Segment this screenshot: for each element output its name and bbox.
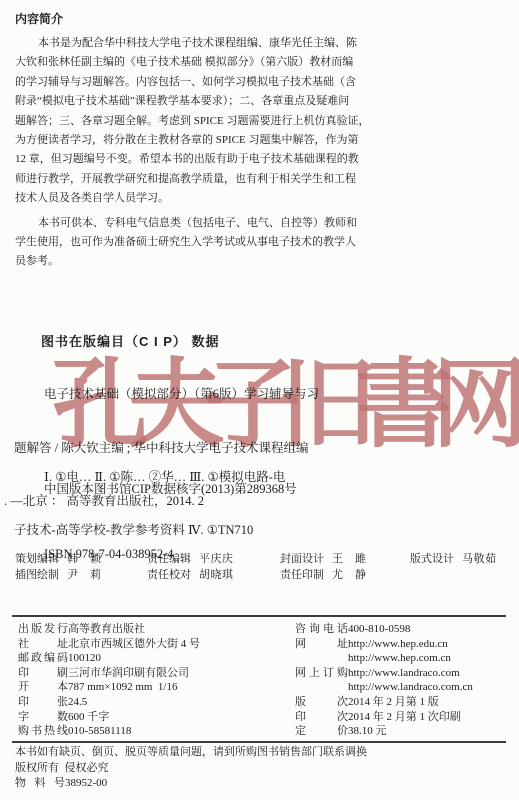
colophon-row: 网上订购http://www.landraco.com	[295, 666, 473, 681]
intro-line: 学生使用，也可作为准备硕士研究生入学考试或从事电子技术的教学人	[15, 233, 367, 252]
credit-role: 版式设计	[410, 550, 454, 566]
copyright-notice: 版权所有 侵权必究	[15, 761, 367, 777]
colophon-value: http://www.hep.com.cn	[348, 651, 451, 666]
colophon-label: 印刷	[18, 666, 68, 681]
intro-line: 为方便读者学习，将分散在主教材各章的 SPICE 习题集中解答，作为第	[15, 131, 367, 150]
credit-cell: 责任印制 尤静	[280, 566, 366, 582]
colophon-value: http://www.landraco.com.cn	[348, 680, 473, 695]
colophon-value: http://www.landraco.com	[348, 666, 460, 681]
credit-role: 封面设计	[280, 550, 324, 566]
colophon-row: http://www.hep.com.cn	[295, 651, 473, 666]
credit-role: 责任印制	[280, 566, 324, 582]
staff-credits: 策划编辑 韩颖 责任编辑 平庆庆 封面设计 王雎 版式设计 马敬茹 插图绘制 尹…	[0, 549, 519, 583]
colophon-label: 社址	[18, 637, 68, 652]
intro-line: 大钦和张林任副主编的《电子技术基础 模拟部分》（第六版）教材而编	[15, 53, 367, 72]
colophon-label: 咨询电话	[295, 622, 348, 637]
intro-line: 题解答；三、各章习题全解。考虑到 SPICE 习题需要进行上机仿真验证，	[15, 112, 367, 131]
colophon-row: 邮政编码100120	[18, 651, 200, 666]
colophon-label: 开本	[18, 680, 68, 695]
colophon-row: 版次2014 年 2 月第 1 版	[295, 695, 473, 710]
credit-cell: 责任校对 胡晓琪	[147, 566, 233, 582]
credit-cell: 插图绘制 尹莉	[15, 566, 101, 582]
colophon-row: http://www.landraco.com.cn	[295, 680, 473, 695]
cip-registry-number: 中国版本图书馆CIP数据核字(2013)第289368号	[44, 479, 297, 497]
credit-name: 尤静	[332, 566, 366, 582]
colophon-label: 定价	[295, 724, 348, 739]
colophon-row: 印刷三河市华润印刷有限公司	[18, 666, 200, 681]
colophon-label: 印次	[295, 710, 348, 725]
credit-name: 王雎	[332, 550, 366, 566]
intro-line: 本书可供本、专科电气信息类（包括电子、电气、自控等）教师和	[15, 214, 367, 233]
quality-notice: 本书如有缺页、倒页、脱页等质量问题，请到所购图书销售部门联系调换	[15, 745, 367, 761]
colophon-label: 网上订购	[295, 666, 348, 681]
colophon-row: 网址http://www.hep.edu.cn	[295, 637, 473, 652]
credit-role: 责任编辑	[147, 550, 191, 566]
colophon-row: 出版发行高等教育出版社	[18, 622, 200, 637]
credit-role: 插图绘制	[15, 566, 59, 582]
colophon-value: 三河市华润印刷有限公司	[68, 666, 189, 681]
footer-section: 本书如有缺页、倒页、脱页等质量问题，请到所购图书销售部门联系调换 版权所有 侵权…	[15, 745, 367, 792]
colophon-label	[295, 680, 348, 695]
credit-name: 韩颖	[67, 550, 101, 566]
colophon-value: 北京市西城区德外大街 4 号	[68, 637, 200, 652]
colophon-label: 网址	[295, 637, 348, 652]
book-copyright-page: 孔夫子旧書网 内容简介 本书是为配合华中科技大学电子技术课程组编、康华光任主编、…	[0, 0, 519, 800]
intro-line: 12 章，但习题编号不变。希望本书的出版有助于电子技术基础课程的教	[15, 150, 367, 169]
colophon-value: 38.10 元	[348, 724, 387, 739]
colophon-row: 咨询电话400-810-0598	[295, 622, 473, 637]
credit-role: 策划编辑	[15, 550, 59, 566]
colophon-row: 社址北京市西城区德外大街 4 号	[18, 637, 200, 652]
colophon-label	[295, 651, 348, 666]
cip-heading: 图书在版编目（C I P） 数据	[41, 331, 220, 350]
colophon-right-column: 咨询电话400-810-0598 网址http://www.hep.edu.cn…	[295, 622, 473, 739]
intro-line: 师进行教学，开展教学研究和提高教学质量，也有利于相关学生和工程	[15, 170, 367, 189]
colophon-value: 2014 年 2 月第 1 版	[348, 695, 439, 710]
colophon-row: 定价38.10 元	[295, 724, 473, 739]
intro-line: 本书是为配合华中科技大学电子技术课程组编、康华光任主编、陈	[15, 34, 367, 53]
divider-rule-top	[12, 615, 506, 617]
credit-cell: 策划编辑 韩颖	[15, 550, 101, 566]
colophon-label: 购书热线	[18, 724, 68, 739]
colophon-row: 字数600 千字	[18, 710, 200, 725]
credit-name: 胡晓琪	[199, 566, 233, 582]
material-number-row: 物料号 38952-00	[15, 776, 367, 792]
material-number-label: 物料号	[15, 776, 65, 792]
credit-name: 马敬茹	[462, 550, 496, 566]
colophon-row: 购书热线010-58581118	[18, 724, 200, 739]
content-summary-section: 内容简介 本书是为配合华中科技大学电子技术课程组编、康华光任主编、陈 大钦和张林…	[15, 10, 367, 272]
colophon-value: 高等教育出版社	[68, 622, 145, 637]
colophon-value: 2014 年 2 月第 1 次印刷	[348, 710, 461, 725]
intro-line: 员参考。	[15, 252, 367, 271]
cip-class-line: 子技术-高等学校-教学参考资料 Ⅳ. ①TN710	[14, 522, 285, 540]
material-number: 38952-00	[65, 776, 107, 792]
credit-cell: 封面设计 王雎	[280, 550, 366, 566]
colophon-value: 787 mm×1092 mm 1/16	[68, 680, 177, 695]
colophon-row: 印张24.5	[18, 695, 200, 710]
colophon-row: 印次2014 年 2 月第 1 次印刷	[295, 710, 473, 725]
cip-record-line: 电子技术基础（模拟部分）（第6版）学习辅导与习	[44, 386, 319, 404]
colophon-value: 600 千字	[68, 710, 109, 725]
colophon-value: http://www.hep.edu.cn	[348, 637, 448, 652]
credit-name: 平庆庆	[199, 550, 233, 566]
colophon-label: 印张	[18, 695, 68, 710]
intro-line: 的学习辅导与习题解答。内容包括一、如何学习模拟电子技术基础（含	[15, 73, 367, 92]
colophon-label: 出版发行	[18, 622, 68, 637]
intro-line: 附录“模拟电子技术基础”课程教学基本要求）；二、各章重点及疑难问	[15, 92, 367, 111]
colophon-left-column: 出版发行高等教育出版社 社址北京市西城区德外大街 4 号 邮政编码100120 …	[18, 622, 200, 739]
colophon-label: 字数	[18, 710, 68, 725]
colophon-row: 开本787 mm×1092 mm 1/16	[18, 680, 200, 695]
colophon-value: 100120	[68, 651, 101, 666]
colophon-label: 邮政编码	[18, 651, 68, 666]
credit-name: 尹莉	[67, 566, 101, 582]
intro-line: 技术人员及各类自学人员学习。	[15, 189, 367, 208]
divider-rule-bottom	[12, 741, 506, 743]
credit-cell: 责任编辑 平庆庆	[147, 550, 233, 566]
content-summary-heading: 内容简介	[15, 10, 367, 27]
colophon-value: 010-58581118	[68, 724, 131, 739]
colophon-value: 400-810-0598	[348, 622, 410, 637]
credit-cell: 版式设计 马敬茹	[410, 550, 496, 566]
colophon-label: 版次	[295, 695, 348, 710]
credit-role: 责任校对	[147, 566, 191, 582]
colophon-value: 24.5	[68, 695, 87, 710]
